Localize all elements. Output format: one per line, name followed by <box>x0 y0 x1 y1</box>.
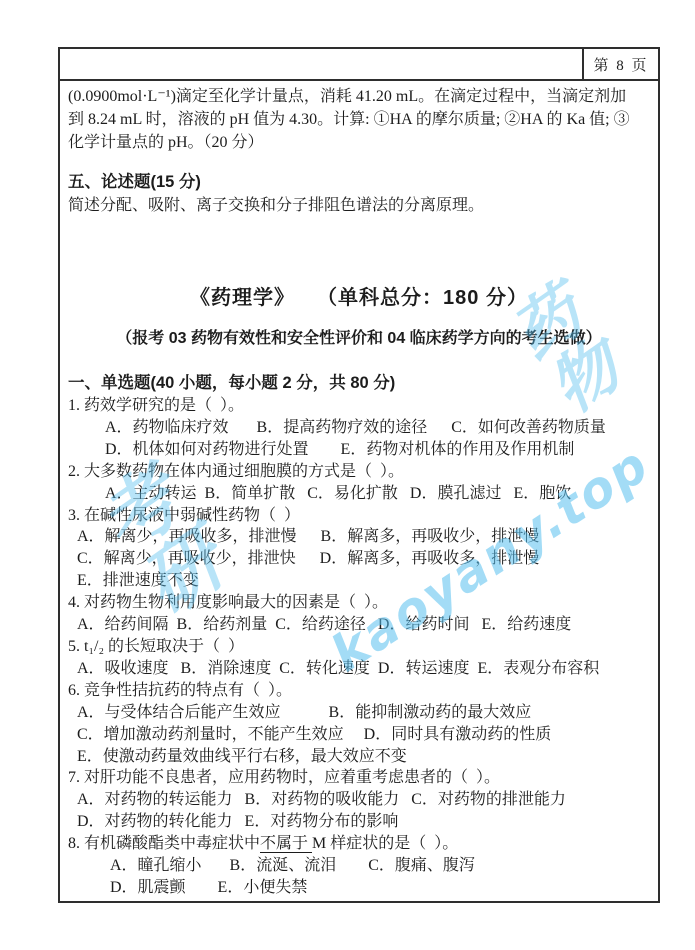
chem-problem-line-1: (0.0900mol·L⁻¹)滴定至化学计量点，消耗 41.20 mL。在滴定过… <box>68 85 650 108</box>
question-1-option-line-1: A．药物临床疗效 B．提高药物疗效的途径 C．如何改善药物质量 <box>68 417 650 439</box>
question-5-option-line-1: A．吸收速度 B．消除速度 C．转化速度 D．转运速度 E．表观分布容积 <box>68 658 650 680</box>
chemistry-problem-continued: (0.0900mol·L⁻¹)滴定至化学计量点，消耗 41.20 mL。在滴定过… <box>68 85 650 154</box>
page-content: (0.0900mol·L⁻¹)滴定至化学计量点，消耗 41.20 mL。在滴定过… <box>60 81 658 899</box>
question-8-option-line-1: A．瞳孔缩小 B．流涎、流泪 C．腹痛、腹泻 <box>68 855 650 877</box>
pharmacology-title: 《药理学》 （单科总分：180 分） <box>68 285 650 311</box>
page-frame: 第 8 页 (0.0900mol·L⁻¹)滴定至化学计量点，消耗 41.20 m… <box>58 47 660 903</box>
question-2-stem: 2. 大多数药物在体内通过细胞膜的方式是（ ）。 <box>68 461 650 483</box>
chem-problem-line-2: 到 8.24 mL 时，溶液的 pH 值为 4.30。计算: ①HA 的摩尔质量… <box>68 108 650 131</box>
question-8-stem-prefix: 8. 有机磷酸酯类中毒症状中 <box>68 835 260 852</box>
question-6-stem: 6. 竞争性拮抗药的特点有（ ）。 <box>68 680 650 702</box>
question-7-stem: 7. 对肝功能不良患者，应用药物时，应着重考虑患者的（ ）。 <box>68 767 650 789</box>
question-2-option-line-1: A．主动转运 B．简单扩散 C．易化扩散 D．膜孔滤过 E．胞饮 <box>68 483 650 505</box>
page-number-cell: 第 8 页 <box>582 49 658 79</box>
question-3-stem: 3. 在碱性尿液中弱碱性药物（ ） <box>68 505 650 527</box>
pharmacology-subtitle: （报考 03 药物有效性和安全性评价和 04 临床药学方向的考生选做） <box>68 327 650 350</box>
page-header-row: 第 8 页 <box>60 49 658 81</box>
question-5-stem: 5. t₁/₂ 的长短取决于（ ） <box>68 636 650 658</box>
question-3-option-line-1: A．解离少，再吸收多，排泄慢 B．解离多，再吸收少，排泄慢 <box>68 526 650 548</box>
question-4-stem: 4. 对药物生物利用度影响最大的因素是（ ）。 <box>68 592 650 614</box>
question-1-option-line-2: D．机体如何对药物进行处置 E．药物对机体的作用及作用机制 <box>68 439 650 461</box>
question-8-stem: 8. 有机磷酸酯类中毒症状中不属于 M 样症状的是（ ）。 <box>68 833 650 855</box>
chem-problem-line-3: 化学计量点的 pH。（20 分） <box>68 131 650 154</box>
question-8-option-line-2: D．肌震颤 E．小便失禁 <box>68 877 650 899</box>
question-8-stem-suffix: M 样症状的是（ ）。 <box>312 835 458 852</box>
single-choice-section-heading: 一、单选题(40 小题，每小题 2 分，共 80 分) <box>68 371 650 395</box>
section5-heading: 五、论述题(15 分) <box>68 171 650 194</box>
question-3-option-line-3: E．排泄速度不变 <box>68 570 650 592</box>
question-6-option-line-1: A．与受体结合后能产生效应 B．能抑制激动药的最大效应 <box>68 702 650 724</box>
question-6-option-line-2: C．增加激动药剂量时，不能产生效应 D．同时具有激动药的性质 <box>68 724 650 746</box>
question-3-option-line-2: C．解离少，再吸收少，排泄快 D．解离多，再吸收多，排泄慢 <box>68 548 650 570</box>
question-list: 1. 药效学研究的是（ ）。 A．药物临床疗效 B．提高药物疗效的途径 C．如何… <box>68 395 650 899</box>
question-7-option-line-1: A．对药物的转运能力 B．对药物的吸收能力 C．对药物的排泄能力 <box>68 789 650 811</box>
page-number: 第 8 页 <box>593 54 648 75</box>
question-6-option-line-3: E．使激动药量效曲线平行右移，最大效应不变 <box>68 746 650 768</box>
question-7-option-line-2: D．对药物的转化能力 E．对药物分布的影响 <box>68 811 650 833</box>
question-1-stem: 1. 药效学研究的是（ ）。 <box>68 395 650 417</box>
question-8-stem-underlined: 不属于 <box>260 835 312 853</box>
section5-body: 简述分配、吸附、离子交换和分子排阻色谱法的分离原理。 <box>68 194 650 217</box>
exam-page: 第 8 页 (0.0900mol·L⁻¹)滴定至化学计量点，消耗 41.20 m… <box>0 0 695 950</box>
question-4-option-line-1: A．给药间隔 B．给药剂量 C．给药途径 D．给药时间 E．给药速度 <box>68 614 650 636</box>
